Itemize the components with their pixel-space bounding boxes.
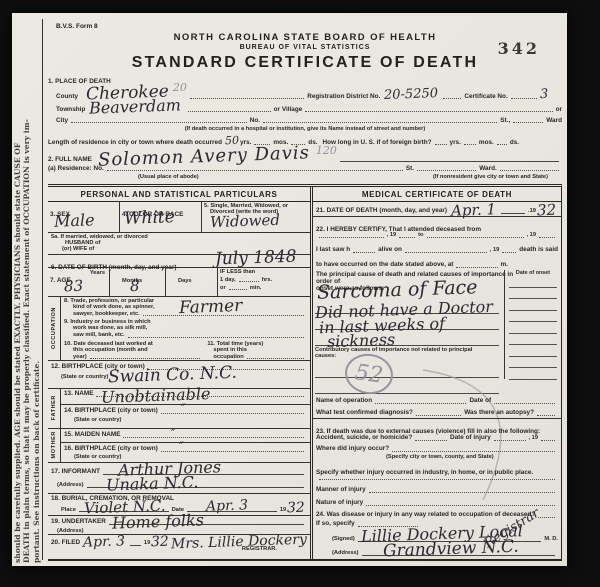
injury-19-label: , 19: [529, 435, 539, 441]
ds2-label: ds.: [510, 139, 519, 146]
injury-date-label: Date of injury: [450, 434, 491, 441]
external-causes-line: 23. If death was due to external causes …: [313, 419, 561, 430]
last-saw-label: I last saw h: [316, 246, 350, 253]
cause-of-death-block: The principal cause of death and related…: [313, 270, 561, 394]
trade-value: Farmer: [179, 295, 243, 317]
certify-19a: , 19: [387, 232, 397, 238]
village-label: or Village: [274, 106, 303, 113]
residence-st-label: St.: [406, 165, 414, 172]
village-or-label: or: [556, 106, 562, 113]
birth-date-value: July 1848: [214, 246, 296, 269]
place-of-death-section: 1. PLACE OF DEATH County Cherokee 20 Reg…: [48, 75, 562, 180]
totaltime-label3: occupation: [213, 354, 243, 360]
death-said-label: death is said: [519, 246, 558, 253]
age-months-value: 8: [130, 276, 140, 294]
father-name-label: 13. NAME: [64, 390, 93, 397]
particulars-table: PERSONAL AND STATISTICAL PARTICULARS 3. …: [48, 184, 562, 561]
trade-label3: sawyer, bookkeeper, etc.: [73, 311, 140, 317]
certificate-no-label: Certificate No.: [464, 93, 507, 100]
contributory-label: Contributory causes of importance not re…: [315, 347, 472, 360]
mother-side-text: MOTHER: [51, 431, 57, 458]
race-value: White: [124, 207, 175, 229]
registration-district-label: Registration District No.: [307, 93, 380, 100]
residence-a-label: (a) Residence: No.: [48, 165, 104, 172]
father-bp-label: 14. BIRTHPLACE (city or town): [64, 407, 158, 414]
lastwork-label3: year): [73, 354, 87, 360]
certify-19b: , 19: [527, 232, 537, 238]
mos2-label: mos.: [479, 139, 494, 146]
signed-label: (Signed): [332, 536, 355, 542]
sex-field: 3. SEX Male: [48, 202, 120, 232]
form-number: B.V.S. Form 8: [56, 23, 562, 30]
alive-on-label: alive on: [378, 246, 402, 253]
township-label: Township: [56, 106, 85, 113]
dod-year-prefix: .19: [528, 208, 536, 214]
full-name-label: 2. FULL NAME: [48, 156, 92, 163]
informant-label: 17. INFORMANT: [51, 468, 100, 475]
occupation-side-text: OCCUPATION: [51, 307, 57, 349]
attended-dates-line: , 19 to , 19: [313, 227, 561, 240]
medical-column: MEDICAL CERTIFICATE OF DEATH 21. DATE OF…: [313, 187, 561, 559]
personal-column: PERSONAL AND STATISTICAL PARTICULARS 3. …: [48, 187, 313, 559]
manner-of-injury-line: Manner of injury: [313, 482, 561, 495]
undertaker-value: Home folks: [112, 510, 204, 532]
age-years-label: Years: [90, 270, 105, 276]
occurred-line: to have occurred on the date stated abov…: [313, 255, 561, 270]
informant-address-value: Unaka N.C.: [106, 472, 199, 494]
autopsy-label: Was there an autopsy?: [464, 409, 534, 416]
specify-injury-line: Specify whether injury occurred in indus…: [313, 460, 561, 471]
mother-maiden-field: 15. MAIDEN NAME ″: [61, 429, 310, 443]
m-label: m.: [501, 261, 508, 268]
where-injury-field: Where did injury occur? (Specify city or…: [313, 443, 561, 460]
nature-of-injury-label: Nature of injury: [316, 499, 363, 506]
city-no-label: No.: [250, 117, 260, 124]
abode-note: (Usual place of abode): [138, 174, 199, 180]
board-title: NORTH CAROLINA STATE BOARD OF HEALTH: [48, 32, 562, 43]
birthplace-value: Swain Co. N.C.: [108, 362, 237, 386]
registrar-label: REGISTRAR.: [242, 546, 277, 552]
margin-note-line3: portant. See instructions on back of cer…: [32, 25, 41, 563]
undertaker-field: 19. UNDERTAKER (Address) Home folks: [48, 516, 310, 535]
signed-address-field: (Address) Grandview N.C.: [313, 545, 561, 559]
county-label: County: [56, 93, 78, 100]
md-label: M. D.: [544, 536, 558, 542]
residence-length-label: Length of residence in city or town wher…: [48, 139, 222, 146]
city-ward-label: Ward: [546, 117, 562, 124]
stamp-number: 342: [498, 39, 540, 58]
contributory-label2: causes:: [315, 353, 472, 359]
where-injury-label: Where did injury occur?: [316, 445, 389, 452]
informant-field: 17. INFORMANT (Address) Arthur Jones Una…: [48, 463, 310, 494]
pencil-circled-value: 52: [353, 359, 384, 388]
city-st-label: St.,: [500, 117, 510, 124]
certificate-form: B.V.S. Form 8 342 NORTH CAROLINA STATE B…: [42, 19, 562, 560]
foreign-birth-label: How long in U. S. if of foreign birth?: [323, 139, 432, 146]
age-years-value: 83: [64, 276, 84, 295]
mother-bp-value: ″: [179, 439, 184, 454]
age-less-min-label: min.: [250, 285, 262, 291]
mother-bp-label: 16. BIRTHPLACE (city or town): [64, 445, 158, 452]
occupation-group: 8. Trade, profession, or particular kind…: [61, 297, 310, 360]
test-line: What test confirmed diagnosis? Was there…: [313, 406, 561, 419]
age-months-field: Months 8: [110, 268, 166, 296]
undertaker-label: 19. UNDERTAKER: [51, 518, 106, 525]
father-birthplace-field: 14. BIRTHPLACE (city or town) (State or …: [61, 405, 310, 427]
operation-line: Name of operation Date of: [313, 394, 561, 406]
filed-label: 20. FILED: [51, 539, 80, 546]
margin-note-line1: should be carefully supplied. AGE should…: [13, 25, 22, 563]
marital-field: 5. Single, Married, Widowed, or Divorced…: [202, 202, 310, 232]
full-name-pencil-annotation: 120: [316, 144, 337, 157]
informant-address-label: (Address): [57, 482, 84, 488]
occurred-label: to have occurred on the date stated abov…: [316, 261, 453, 268]
bureau-title: BUREAU OF VITAL STATISTICS: [48, 44, 562, 51]
city-label: City: [56, 117, 68, 124]
father-name-value: Unobtainable: [101, 384, 211, 407]
occupation-side-label: OCCUPATION: [48, 297, 61, 360]
accident-label: Accident, suicide, or homicide?: [316, 434, 412, 441]
race-field: 4. COLOR OR RACE White: [120, 202, 202, 232]
nonresident-note: (If nonresident give city or town and St…: [433, 174, 548, 180]
mother-group: 15. MAIDEN NAME ″ 16. BIRTHPLACE (city o…: [61, 429, 310, 462]
last-worked-field: 10. Date deceased last worked at this oc…: [64, 341, 203, 361]
sex-value: Male: [54, 210, 95, 230]
signed-address-value: Grandview N.C.: [383, 536, 519, 561]
total-time-field: 11. Total time (years) spent in this occ…: [203, 341, 307, 361]
date-of-onset-column: Date of onset: [504, 270, 561, 379]
date-of-death-field: 21. DATE OF DEATH (month, day, and year)…: [313, 202, 561, 217]
accident-line: Accident, suicide, or homicide? Date of …: [313, 430, 561, 443]
industry-label3: saw mill, bank, etc.: [73, 332, 125, 338]
birth-date-field: 6. DATE OF BIRTH (month, day, and year) …: [48, 255, 310, 268]
father-group: 13. NAME Unobtainable 14. BIRTHPLACE (ci…: [61, 389, 310, 428]
medical-header: MEDICAL CERTIFICATE OF DEATH: [313, 187, 561, 202]
father-side-text: FATHER: [51, 395, 57, 420]
manner-of-injury-label: Manner of injury: [316, 486, 366, 493]
mother-maiden-value: ″: [171, 426, 176, 441]
burial-date-value: Apr. 3: [206, 497, 249, 514]
age-days-field: Days: [166, 268, 218, 296]
blank-ruled-line: [313, 471, 561, 482]
if-so-specify-label: If so, specify: [316, 520, 355, 527]
age-less-label3: or: [220, 285, 226, 291]
certify-to-label: to: [418, 232, 423, 238]
operation-label: Name of operation: [316, 397, 372, 404]
last-saw-line: I last saw h alive on , 19 death is said: [313, 240, 561, 255]
mother-side-label: MOTHER: [48, 429, 61, 462]
burial-year-prefix: 19: [280, 507, 286, 513]
date-of-death-label: 21. DATE OF DEATH (month, day, and year): [316, 207, 447, 214]
certify-19c: , 19: [490, 247, 500, 253]
contributory-label1: Contributory causes of importance not re…: [315, 347, 472, 353]
age-days-label: Days: [178, 278, 192, 284]
signed-address-label: (Address): [332, 550, 359, 556]
certify-statement: 22. I HEREBY CERTIFY, That I attended de…: [313, 217, 561, 227]
margin-note-line2: DEATH in plain terms, so that it may be …: [22, 25, 31, 563]
nature-of-injury-line: Nature of injury: [313, 495, 561, 508]
operation-date-label: Date of: [469, 397, 491, 404]
burial-year-value: 32: [287, 500, 305, 517]
age-years-field: 7. AGE Years 83: [48, 268, 110, 296]
personal-header: PERSONAL AND STATISTICAL PARTICULARS: [48, 187, 310, 202]
certificate-title: STANDARD CERTIFICATE OF DEATH: [48, 54, 562, 72]
father-bp-sub-label: (State or country): [74, 417, 307, 423]
filed-field: 20. FILED Apr. 3 19 32 Mrs. Lillie Docke…: [48, 535, 310, 553]
father-bp-value: ″: [181, 401, 186, 416]
county-pencil-annotation: 20: [173, 81, 187, 94]
marital-value: Widowed: [210, 210, 280, 230]
death-certificate-scan: should be carefully supplied. AGE should…: [12, 13, 567, 566]
father-side-label: FATHER: [48, 389, 61, 428]
yrs2-label: yrs.: [450, 139, 461, 146]
mother-maiden-label: 15. MAIDEN NAME: [64, 431, 120, 438]
question-24-label: 24. Was disease or injury in any way rel…: [316, 511, 535, 518]
left-margin-instructions: should be carefully supplied. AGE should…: [13, 25, 41, 563]
test-label: What test confirmed diagnosis?: [316, 409, 413, 416]
age-if-less-field: IF LESS than 1 day, hrs. or min.: [218, 268, 310, 296]
residence-ward-label: Ward.: [479, 165, 497, 172]
burial-place-label: Place: [61, 507, 76, 513]
